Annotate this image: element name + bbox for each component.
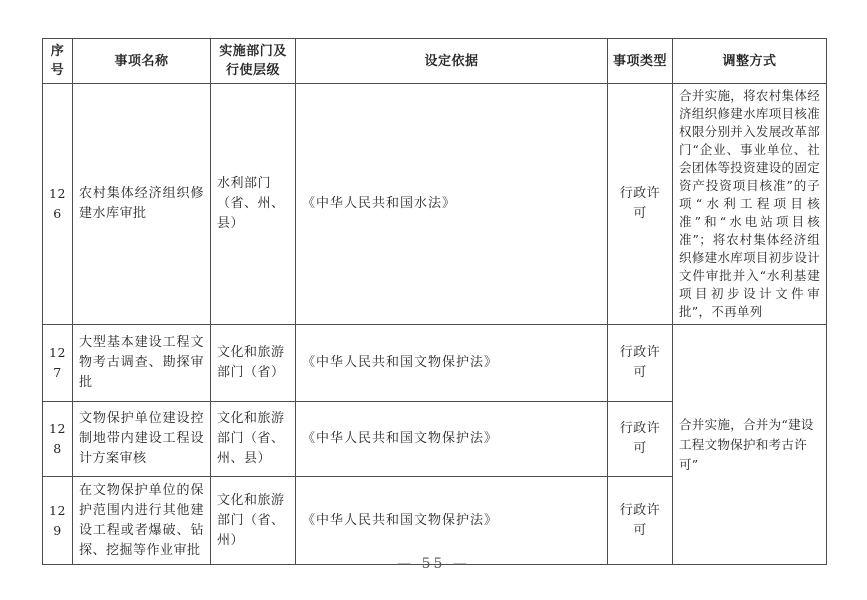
cell-legal-basis: 《中华人民共和国水法》 xyxy=(296,84,608,325)
cell-department: 文化和旅游部门（省） xyxy=(211,325,296,402)
cell-department: 文化和旅游部门（省、州） xyxy=(211,477,296,565)
cell-item-type: 行政许可 xyxy=(608,477,673,565)
table-row: 126 农村集体经济组织修建水库审批 水利部门（省、州、县） 《中华人民共和国水… xyxy=(43,84,827,325)
approval-items-table: 序号 事项名称 实施部门及行使层级 设定依据 事项类型 调整方式 126 农村集… xyxy=(42,38,827,565)
table-header-row: 序号 事项名称 实施部门及行使层级 设定依据 事项类型 调整方式 xyxy=(43,39,827,84)
column-header-adjustment: 调整方式 xyxy=(673,39,827,84)
cell-item-type: 行政许可 xyxy=(608,402,673,477)
cell-item-name: 大型基本建设工程文物考古调查、勘探审批 xyxy=(73,325,211,402)
cell-seq-number: 128 xyxy=(43,402,73,477)
table-row: 127 大型基本建设工程文物考古调查、勘探审批 文化和旅游部门（省） 《中华人民… xyxy=(43,325,827,402)
column-header-department: 实施部门及行使层级 xyxy=(211,39,296,84)
cell-department: 文化和旅游部门（省、州、县） xyxy=(211,402,296,477)
column-header-item-type: 事项类型 xyxy=(608,39,673,84)
column-header-item-name: 事项名称 xyxy=(73,39,211,84)
cell-item-name: 文物保护单位建设控制地带内建设工程设计方案审核 xyxy=(73,402,211,477)
cell-adjustment: 合并实施，将农村集体经济组织修建水库项目核准权限分别并入发展改革部门“企业、事业… xyxy=(673,84,827,325)
cell-item-type: 行政许可 xyxy=(608,84,673,325)
cell-item-name: 在文物保护单位的保护范围内进行其他建设工程或者爆破、钻探、挖掘等作业审批 xyxy=(73,477,211,565)
column-header-seq: 序号 xyxy=(43,39,73,84)
document-page: 序号 事项名称 实施部门及行使层级 设定依据 事项类型 调整方式 126 农村集… xyxy=(0,0,867,600)
cell-legal-basis: 《中华人民共和国文物保护法》 xyxy=(296,477,608,565)
cell-item-type: 行政许可 xyxy=(608,325,673,402)
page-number: — 55 — xyxy=(0,556,867,572)
cell-seq-number: 127 xyxy=(43,325,73,402)
cell-adjustment-merged: 合并实施，合并为“建设工程文物保护和考古许可” xyxy=(673,325,827,565)
cell-department: 水利部门（省、州、县） xyxy=(211,84,296,325)
cell-seq-number: 126 xyxy=(43,84,73,325)
cell-item-name: 农村集体经济组织修建水库审批 xyxy=(73,84,211,325)
cell-seq-number: 129 xyxy=(43,477,73,565)
column-header-legal-basis: 设定依据 xyxy=(296,39,608,84)
cell-legal-basis: 《中华人民共和国文物保护法》 xyxy=(296,402,608,477)
cell-legal-basis: 《中华人民共和国文物保护法》 xyxy=(296,325,608,402)
